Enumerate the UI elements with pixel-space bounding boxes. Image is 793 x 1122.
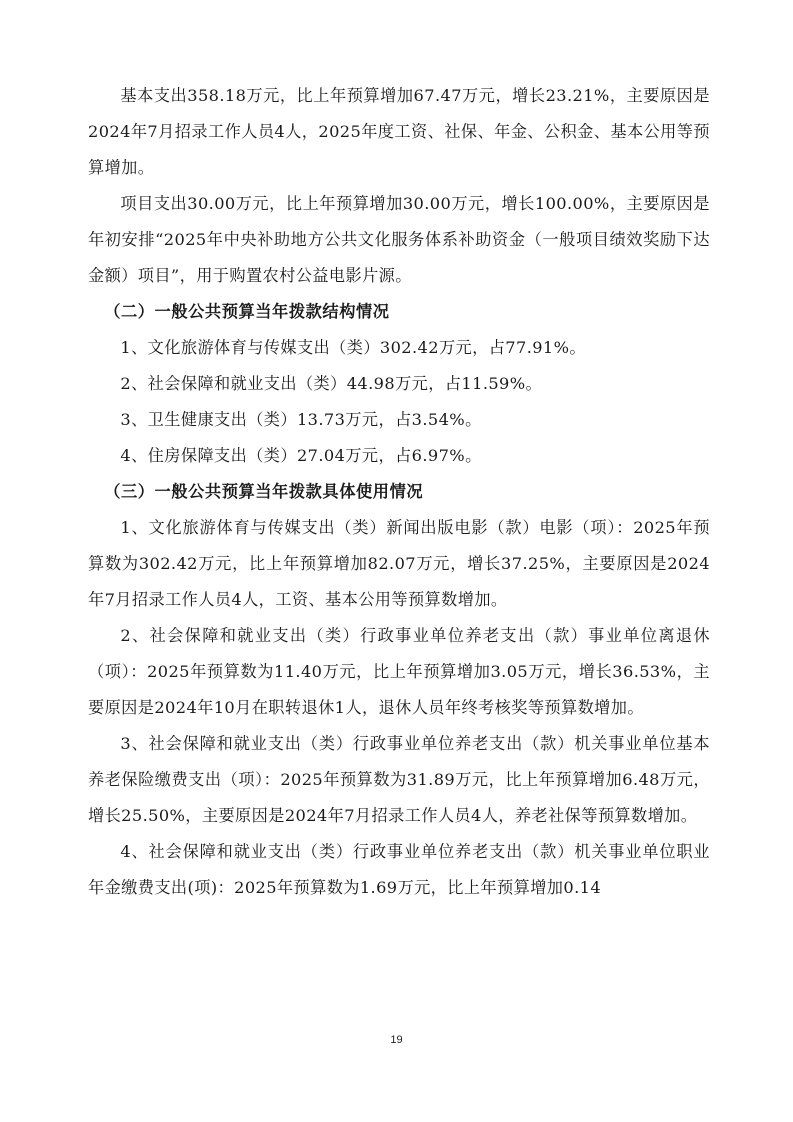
document-page: 基本支出358.18万元，比上年预算增加67.47万元，增长23.21%，主要原… <box>88 78 710 906</box>
list-item: 3、社会保障和就业支出（类）行政事业单位养老支出（款）机关事业单位基本养老保险缴… <box>88 726 710 834</box>
list-item: 1、文化旅游体育与传媒支出（类）302.42万元，占77.91%。 <box>88 330 710 366</box>
section-heading-appropriation-usage: （三）一般公共预算当年拨款具体使用情况 <box>88 474 710 510</box>
list-item: 1、文化旅游体育与传媒支出（类）新闻出版电影（款）电影（项）：2025年预算数为… <box>88 510 710 618</box>
list-item: 2、社会保障和就业支出（类）行政事业单位养老支出（款）事业单位离退休（项）：20… <box>88 618 710 726</box>
section-heading-appropriation-structure: （二）一般公共预算当年拨款结构情况 <box>88 294 710 330</box>
list-item: 4、社会保障和就业支出（类）行政事业单位养老支出（款）机关事业单位职业年金缴费支… <box>88 834 710 906</box>
paragraph-basic-expenditure: 基本支出358.18万元，比上年预算增加67.47万元，增长23.21%，主要原… <box>88 78 710 186</box>
list-item: 2、社会保障和就业支出（类）44.98万元，占11.59%。 <box>88 366 710 402</box>
list-item: 3、卫生健康支出（类）13.73万元，占3.54%。 <box>88 402 710 438</box>
page-number: 19 <box>0 1034 793 1046</box>
list-item: 4、住房保障支出（类）27.04万元，占6.97%。 <box>88 438 710 474</box>
paragraph-project-expenditure: 项目支出30.00万元，比上年预算增加30.00万元，增长100.00%，主要原… <box>88 186 710 294</box>
